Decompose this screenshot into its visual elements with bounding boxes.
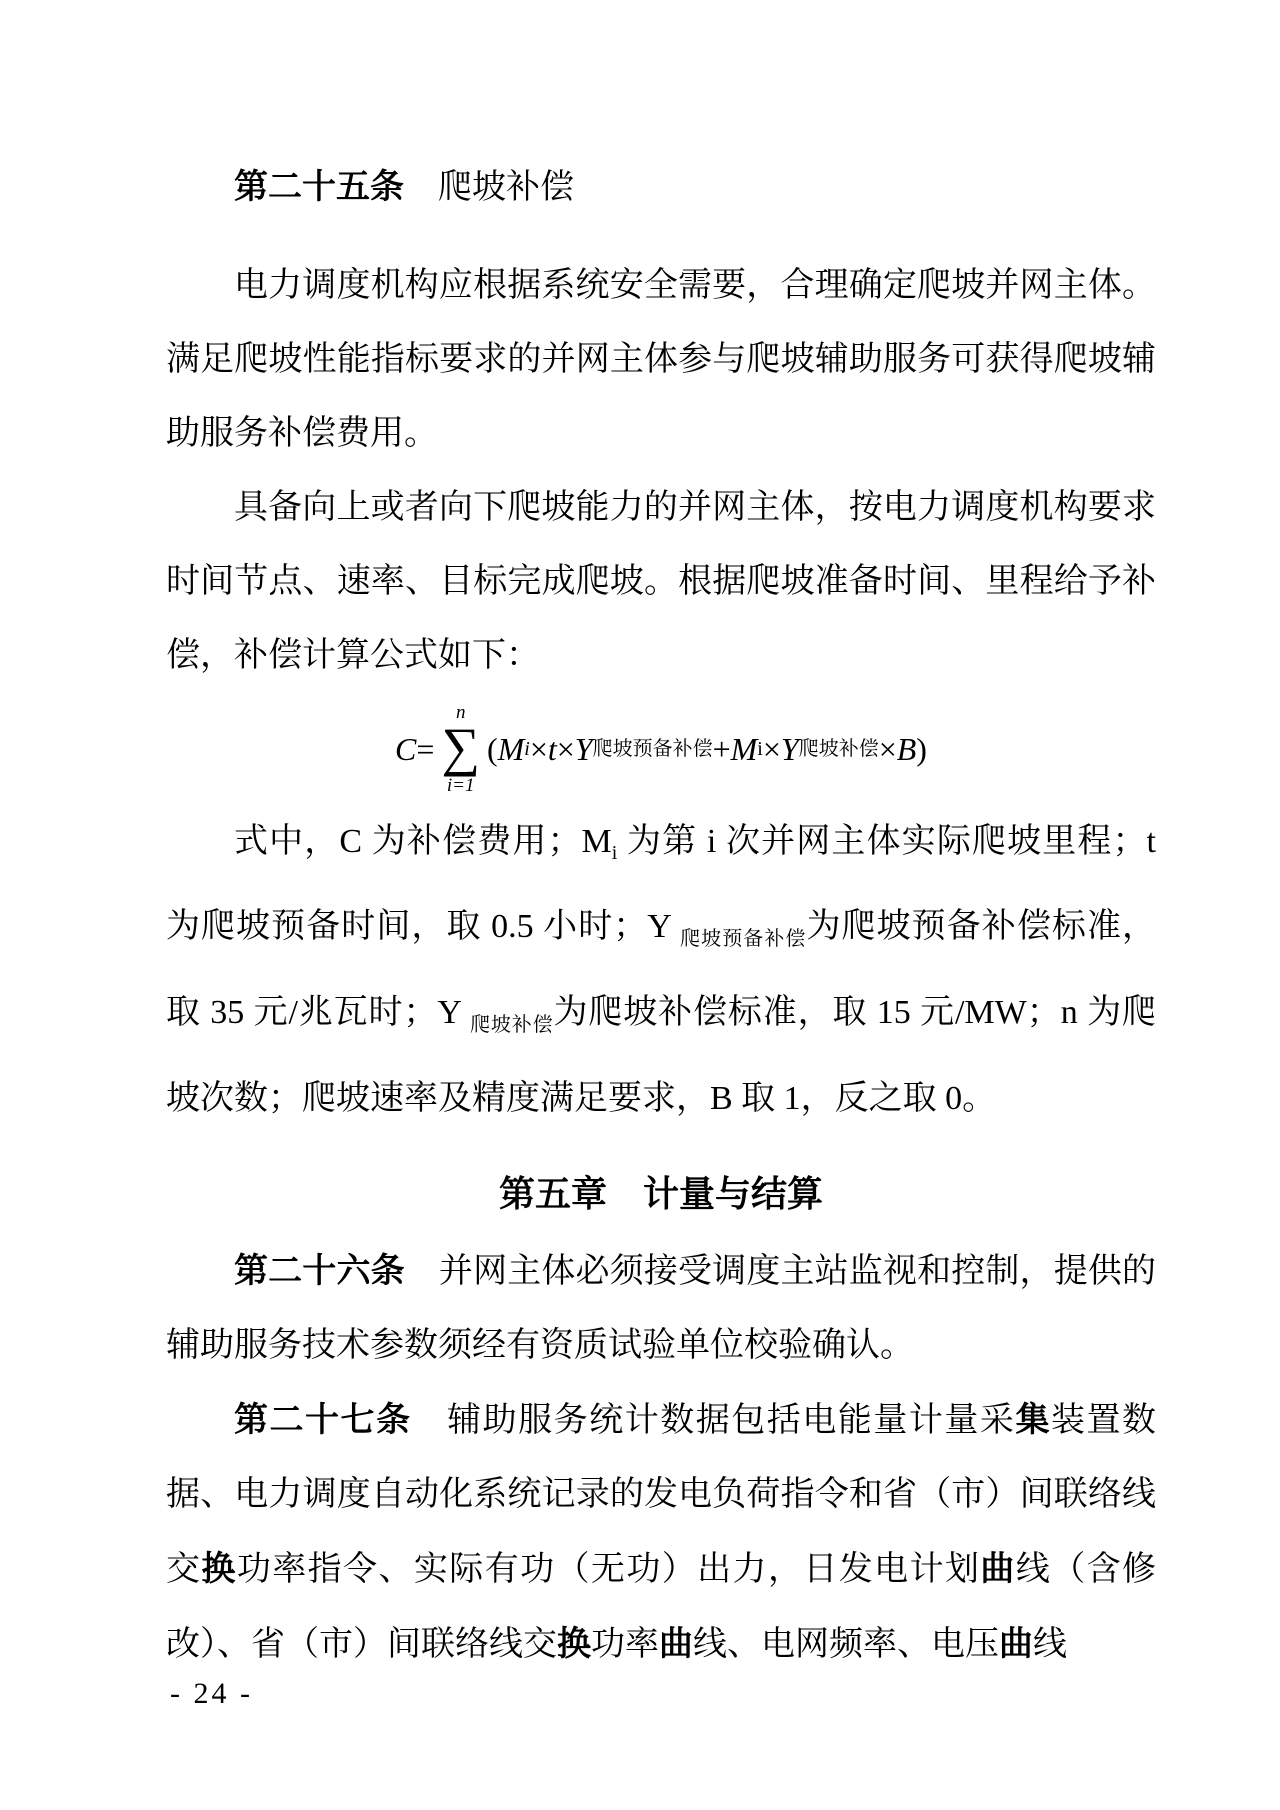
text-run: Y (575, 733, 593, 765)
paragraph: 式中，C 为补偿费用；Mi 为第 i 次并网主体实际爬坡里程；t 为爬坡预备时间… (166, 805, 1156, 1136)
paragraph: 第二十七条 辅助服务统计数据包括电能量计量采集装置数据、电力调度自动化系统记录的… (166, 1383, 1156, 1682)
text-run: 第二十七条 (234, 1400, 412, 1440)
text-run: 辅助服务统计数据包括电能量计量采 (412, 1402, 1016, 1439)
text-run: 集 (1015, 1400, 1051, 1440)
text-run: 功率指令、实际有功（无功）出力，日发电计划 (237, 1551, 981, 1588)
text-run: 线、电网频率、电压 (693, 1626, 999, 1663)
text-run: 功率 (591, 1626, 659, 1663)
text-run: 第二十六条 (234, 1251, 405, 1291)
paragraph: 电力调度机构应根据系统安全需要，合理确定爬坡并网主体。满足爬坡性能指标要求的并网… (166, 249, 1156, 471)
text-run: 爬坡预备补偿 (593, 739, 713, 759)
text-run: 换 (201, 1549, 236, 1589)
text-run: × (557, 733, 575, 765)
text-run: 电力调度机构应根据系统安全需要，合理确定爬坡并网主体。满足爬坡性能指标要求的并网… (166, 267, 1156, 452)
text-run: 爬坡补偿 (470, 1014, 553, 1036)
text-run: 换 (557, 1624, 591, 1664)
text-run: × (763, 733, 781, 765)
text-run: + (713, 733, 731, 765)
text-run: 曲 (980, 1549, 1015, 1589)
text-run: 曲 (999, 1624, 1033, 1664)
text-run: B (897, 733, 917, 765)
text-run: 具备向上或者向下爬坡能力的并网主体，按电力调度机构要求时间节点、速率、目标完成爬… (166, 489, 1156, 674)
text-run: ( (487, 733, 498, 765)
text-run: ) (916, 733, 927, 765)
text-run: × (530, 733, 548, 765)
text-run: 第二十五条 (234, 167, 404, 207)
text-run: 第五章 计量与结算 (499, 1174, 823, 1215)
text-run: M (731, 733, 758, 765)
summation-symbol: n∑i=1 (441, 703, 480, 794)
text-run: M (498, 733, 525, 765)
paragraph: 具备向上或者向下爬坡能力的并网主体，按电力调度机构要求时间节点、速率、目标完成爬… (166, 471, 1156, 693)
text-run: t (548, 733, 557, 765)
text-run: 爬坡补偿 (799, 739, 879, 759)
text-run: C (395, 733, 416, 765)
document-page: 第二十五条 爬坡补偿电力调度机构应根据系统安全需要，合理确定爬坡并网主体。满足爬… (0, 0, 1280, 1810)
document-content: 第二十五条 爬坡补偿电力调度机构应根据系统安全需要，合理确定爬坡并网主体。满足爬… (166, 150, 1156, 1682)
sum-lower-limit: i=1 (447, 776, 475, 795)
text-run: 曲 (659, 1624, 693, 1664)
article-heading: 第二十五条 爬坡补偿 (166, 150, 1156, 225)
page-number: - 24 - (170, 1676, 253, 1712)
chapter-heading: 第五章 计量与结算 (166, 1158, 1156, 1232)
paragraph: 第二十六条 并网主体必须接受调度主站监视和控制，提供的辅助服务技术参数须经有资质… (166, 1234, 1156, 1383)
text-run: 爬坡预备补偿 (680, 928, 806, 950)
text-run: = (416, 733, 434, 765)
text-run: 线 (1033, 1626, 1067, 1663)
sigma-icon: ∑ (441, 722, 480, 773)
text-run: Y (781, 733, 799, 765)
formula: C = n∑i=1(Mi × t × Y爬坡预备补偿 + Mi × Y爬坡补偿 … (166, 693, 1156, 805)
text-run: 爬坡补偿 (404, 169, 574, 206)
text-run: × (879, 733, 897, 765)
text-run: 式中，C 为补偿费用；M (234, 823, 612, 860)
